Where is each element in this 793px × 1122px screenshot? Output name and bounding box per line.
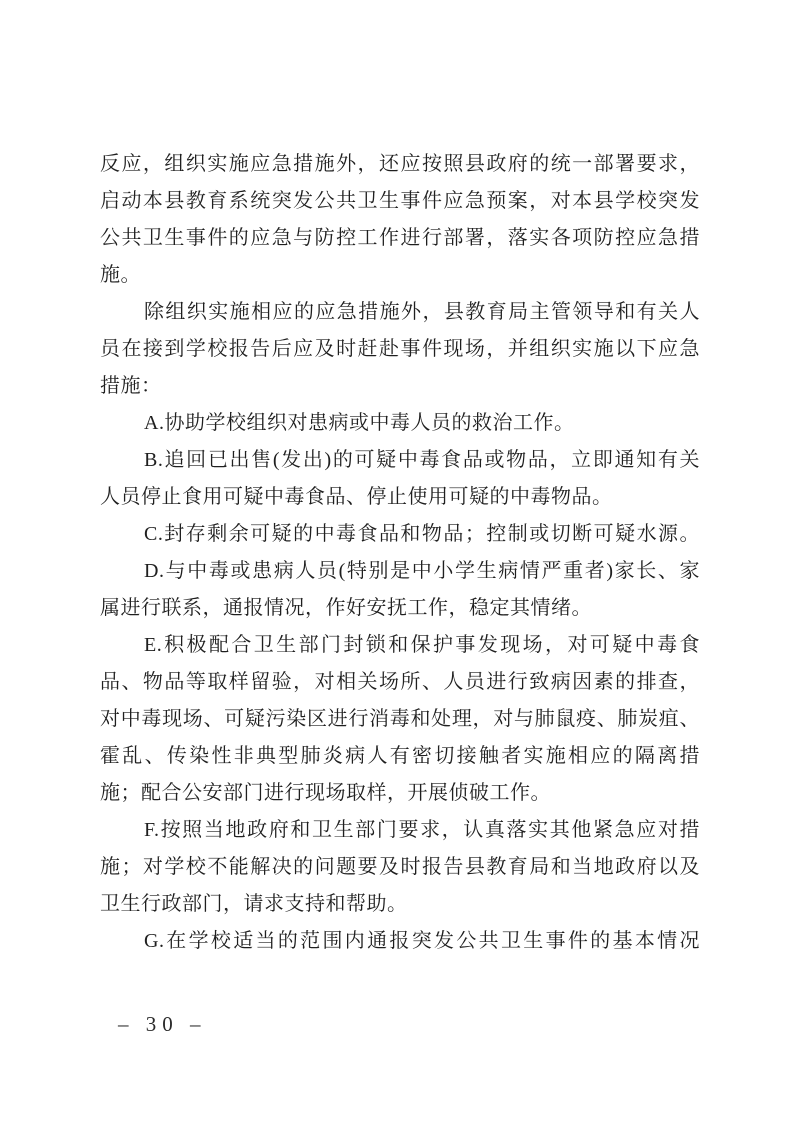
body-line: 霍乱、传染性非典型肺炎病人有密切接触者实施相应的隔离措 [100,738,700,775]
body-line: 施；对学校不能解决的问题要及时报告县教育局和当地政府以及 [100,849,700,886]
body-line: F.按照当地政府和卫生部门要求，认真落实其他紧急应对措 [100,812,700,849]
body-line: C.封存剩余可疑的中毒食品和物品；控制或切断可疑水源。 [100,516,700,553]
body-line: A.协助学校组织对患病或中毒人员的救治工作。 [100,405,700,442]
body-line: 品、物品等取样留验，对相关场所、人员进行致病因素的排查， [100,664,700,701]
body-line: 属进行联系，通报情况，作好安抚工作，稳定其情绪。 [100,590,700,627]
body-line: 措施： [100,368,700,405]
body-line: G.在学校适当的范围内通报突发公共卫生事件的基本情况 [100,923,700,960]
document-page: 反应，组织实施应急措施外，还应按照县政府的统一部署要求， 启动本县教育系统突发公… [0,0,793,1122]
body-line: 公共卫生事件的应急与防控工作进行部署，落实各项防控应急措 [100,220,700,257]
body-line: 员在接到学校报告后应及时赶赴事件现场，并组织实施以下应急 [100,331,700,368]
body-line: 除组织实施相应的应急措施外，县教育局主管领导和有关人 [100,294,700,331]
body-line: 反应，组织实施应急措施外，还应按照县政府的统一部署要求， [100,146,700,183]
body-line: D.与中毒或患病人员(特别是中小学生病情严重者)家长、家 [100,553,700,590]
body-line: B.追回已出售(发出)的可疑中毒食品或物品，立即通知有关 [100,442,700,479]
document-body: 反应，组织实施应急措施外，还应按照县政府的统一部署要求， 启动本县教育系统突发公… [100,146,700,960]
body-line: 卫生行政部门，请求支持和帮助。 [100,886,700,923]
body-line: 启动本县教育系统突发公共卫生事件应急预案，对本县学校突发 [100,183,700,220]
body-line: 施。 [100,257,700,294]
body-line: 人员停止食用可疑中毒食品、停止使用可疑的中毒物品。 [100,479,700,516]
page-number: – 30 – [118,1010,207,1038]
body-line: E.积极配合卫生部门封锁和保护事发现场，对可疑中毒食 [100,627,700,664]
body-line: 施；配合公安部门进行现场取样，开展侦破工作。 [100,775,700,812]
body-line: 对中毒现场、可疑污染区进行消毒和处理，对与肺鼠疫、肺炭疽、 [100,701,700,738]
